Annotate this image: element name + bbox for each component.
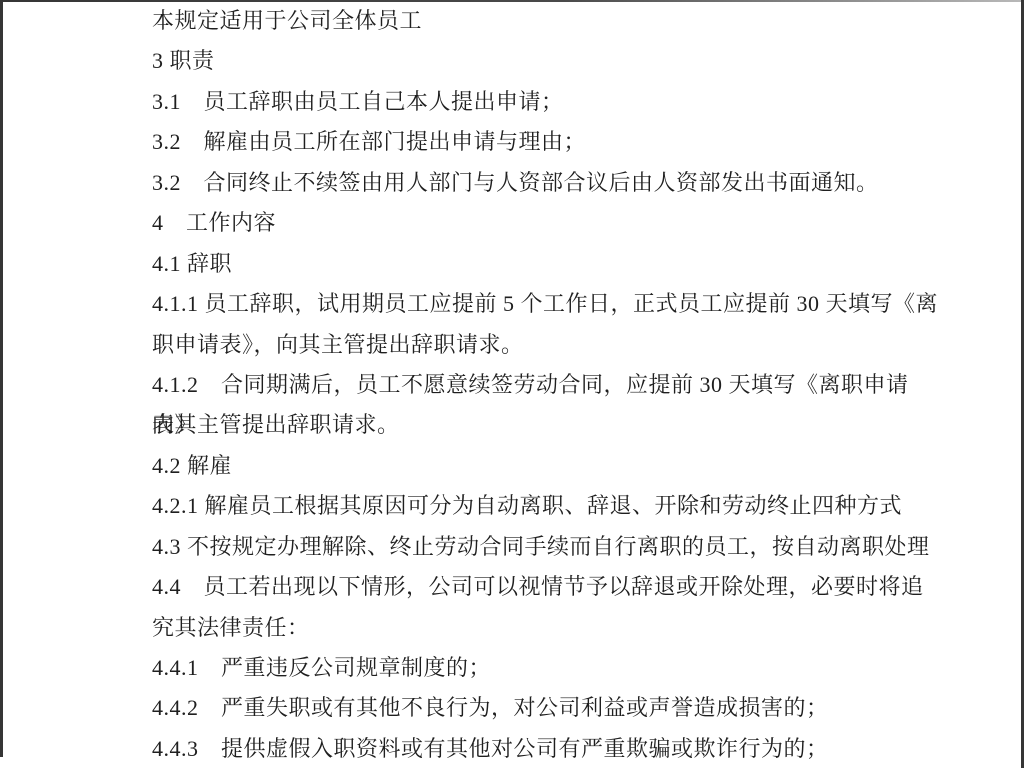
page-edge-left — [0, 0, 3, 757]
document-text: 本规定适用于公司全体员工3 职责3.1 员工辞职由员工自己本人提出申请；3.2 … — [152, 1, 942, 768]
text-line: 4.1 辞职 — [152, 244, 942, 284]
text-line: 4.4 员工若出现以下情形，公司可以视情节予以辞退或开除处理，必要时将追 — [152, 567, 942, 607]
text-line: 4.1.2 合同期满后，员工不愿意续签劳动合同，应提前 30 天填写《离职申请表… — [152, 365, 942, 405]
text-line: 4.4.1 严重违反公司规章制度的； — [152, 648, 942, 688]
text-line: 4.2 解雇 — [152, 446, 942, 486]
text-line: 4.3 不按规定办理解除、终止劳动合同手续而自行离职的员工，按自动离职处理 — [152, 527, 942, 567]
text-line: 4.2.1 解雇员工根据其原因可分为自动离职、辞退、开除和劳动终止四种方式 — [152, 486, 942, 526]
text-line: 3.2 合同终止不续签由用人部门与人资部合议后由人资部发出书面通知。 — [152, 163, 942, 203]
text-line: 究其法律责任： — [152, 608, 942, 648]
text-line: 职申请表》，向其主管提出辞职请求。 — [152, 325, 942, 365]
text-line: 4.1.1 员工辞职，试用期员工应提前 5 个工作日，正式员工应提前 30 天填… — [152, 284, 942, 324]
text-line: 本规定适用于公司全体员工 — [152, 1, 942, 41]
text-line: 4 工作内容 — [152, 203, 942, 243]
text-line: 4.4.2 严重失职或有其他不良行为，对公司利益或声誉造成损害的； — [152, 688, 942, 728]
document-page: 本规定适用于公司全体员工3 职责3.1 员工辞职由员工自己本人提出申请；3.2 … — [0, 0, 1024, 768]
text-line: 向其主管提出辞职请求。 — [152, 405, 942, 445]
text-line: 3.2 解雇由员工所在部门提出申请与理由； — [152, 122, 942, 162]
text-line: 4.4.3 提供虚假入职资料或有其他对公司有严重欺骗或欺诈行为的； — [152, 729, 942, 768]
text-line: 3.1 员工辞职由员工自己本人提出申请； — [152, 82, 942, 122]
text-line: 3 职责 — [152, 41, 942, 81]
